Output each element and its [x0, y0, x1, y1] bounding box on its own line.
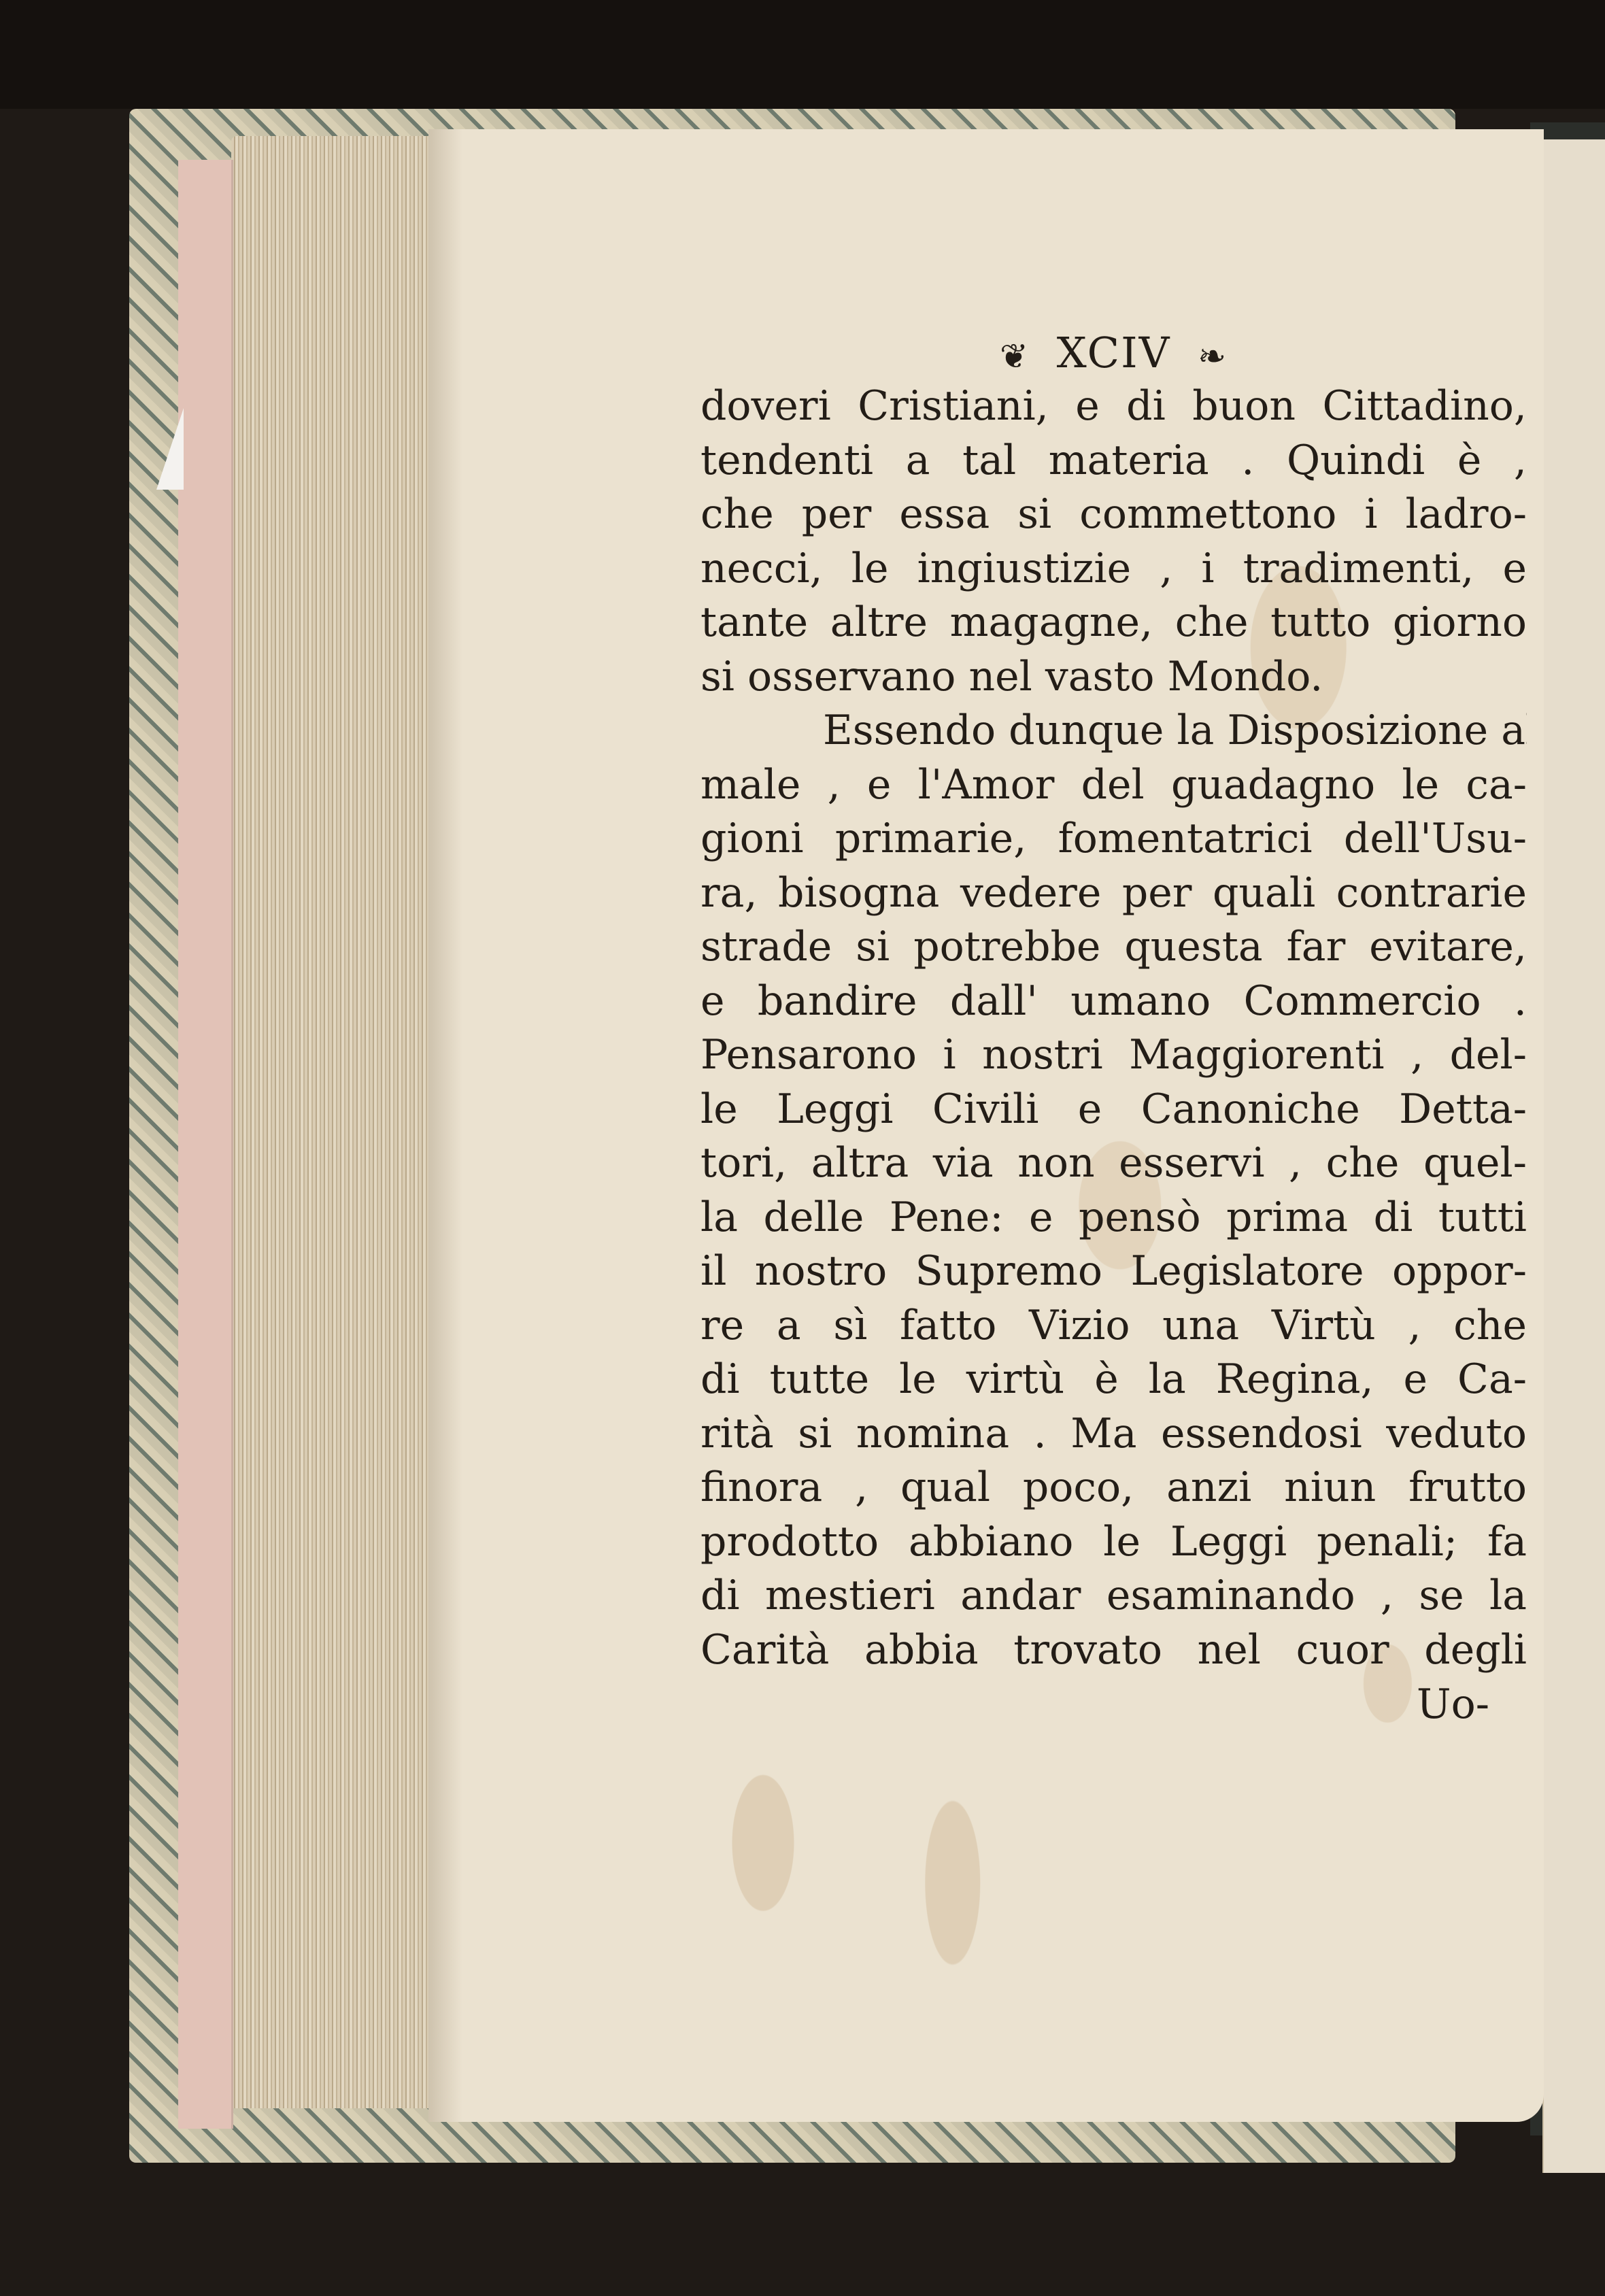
running-head: ❦ XCIV ❧ — [700, 326, 1527, 379]
text-line: necci, le ingiustizie , i tradimenti, e — [700, 542, 1527, 596]
pink-flyleaf — [178, 160, 233, 2129]
text-line: rità si nomina . Ma essendosi veduto — [700, 1407, 1527, 1462]
text-line: doveri Cristiani, e di buon Cittadino, — [700, 379, 1527, 434]
text-line: le Leggi Civili e Canoniche Detta- — [700, 1083, 1527, 1137]
text-line: di mestieri andar esaminando , se la — [700, 1569, 1527, 1623]
text-line: di tutte le virtù è la Regina, e Ca- — [700, 1353, 1527, 1407]
fleuron-left-icon: ❦ — [1000, 337, 1030, 376]
text-line: tendenti a tal materia . Quindi è , — [700, 434, 1527, 488]
text-line: finora , qual poco, anzi niun frutto — [700, 1461, 1527, 1515]
page-text-block: ❦ XCIV ❧ doveri Cristiani, e di buon Cit… — [700, 326, 1527, 1732]
text-line: Essendo dunque la Disposizione al — [700, 704, 1527, 758]
gutter-shadow — [428, 129, 462, 2122]
page-block-edges — [231, 136, 442, 2108]
text-line: gioni primarie, fomentatrici dell'Usu- — [700, 812, 1527, 866]
text-line: il nostro Supremo Legislatore oppor- — [700, 1245, 1527, 1299]
text-line: la delle Pene: e pensò prima di tutti — [700, 1191, 1527, 1245]
text-line: si osservano nel vasto Mondo. — [700, 650, 1527, 705]
text-line: e bandire dall' umano Commercio . — [700, 975, 1527, 1029]
text-line: strade si potrebbe questa far evitare, — [700, 920, 1527, 975]
text-line: Carità abbia trovato nel cuor degli — [700, 1623, 1527, 1678]
book-scan: ❦ XCIV ❧ doveri Cristiani, e di buon Cit… — [0, 0, 1605, 2296]
catchword: Uo- — [700, 1677, 1527, 1732]
text-line: prodotto abbiano le Leggi penali; fa — [700, 1515, 1527, 1570]
paragraph-2: Essendo dunque la Disposizione al male ,… — [700, 704, 1527, 1677]
text-line: Pensarono i nostri Maggiorenti , del- — [700, 1028, 1527, 1083]
text-line: tori, altra via non esservi , che quel- — [700, 1136, 1527, 1191]
text-line: tante altre magagne, che tutto giorno — [700, 596, 1527, 650]
fleuron-right-icon: ❧ — [1198, 337, 1228, 376]
paragraph-1: doveri Cristiani, e di buon Cittadino, t… — [700, 379, 1527, 704]
facing-page-edge — [1542, 139, 1605, 2173]
text-line: male , e l'Amor del guadagno le ca- — [700, 758, 1527, 813]
scan-background — [0, 0, 1605, 109]
text-line: che per essa si commettono i ladro- — [700, 488, 1527, 542]
text-line: ra, bisogna vedere per quali contrarie — [700, 866, 1527, 921]
text-line: re a sì fatto Vizio una Virtù , che — [700, 1299, 1527, 1353]
page-number: XCIV — [1057, 328, 1171, 377]
